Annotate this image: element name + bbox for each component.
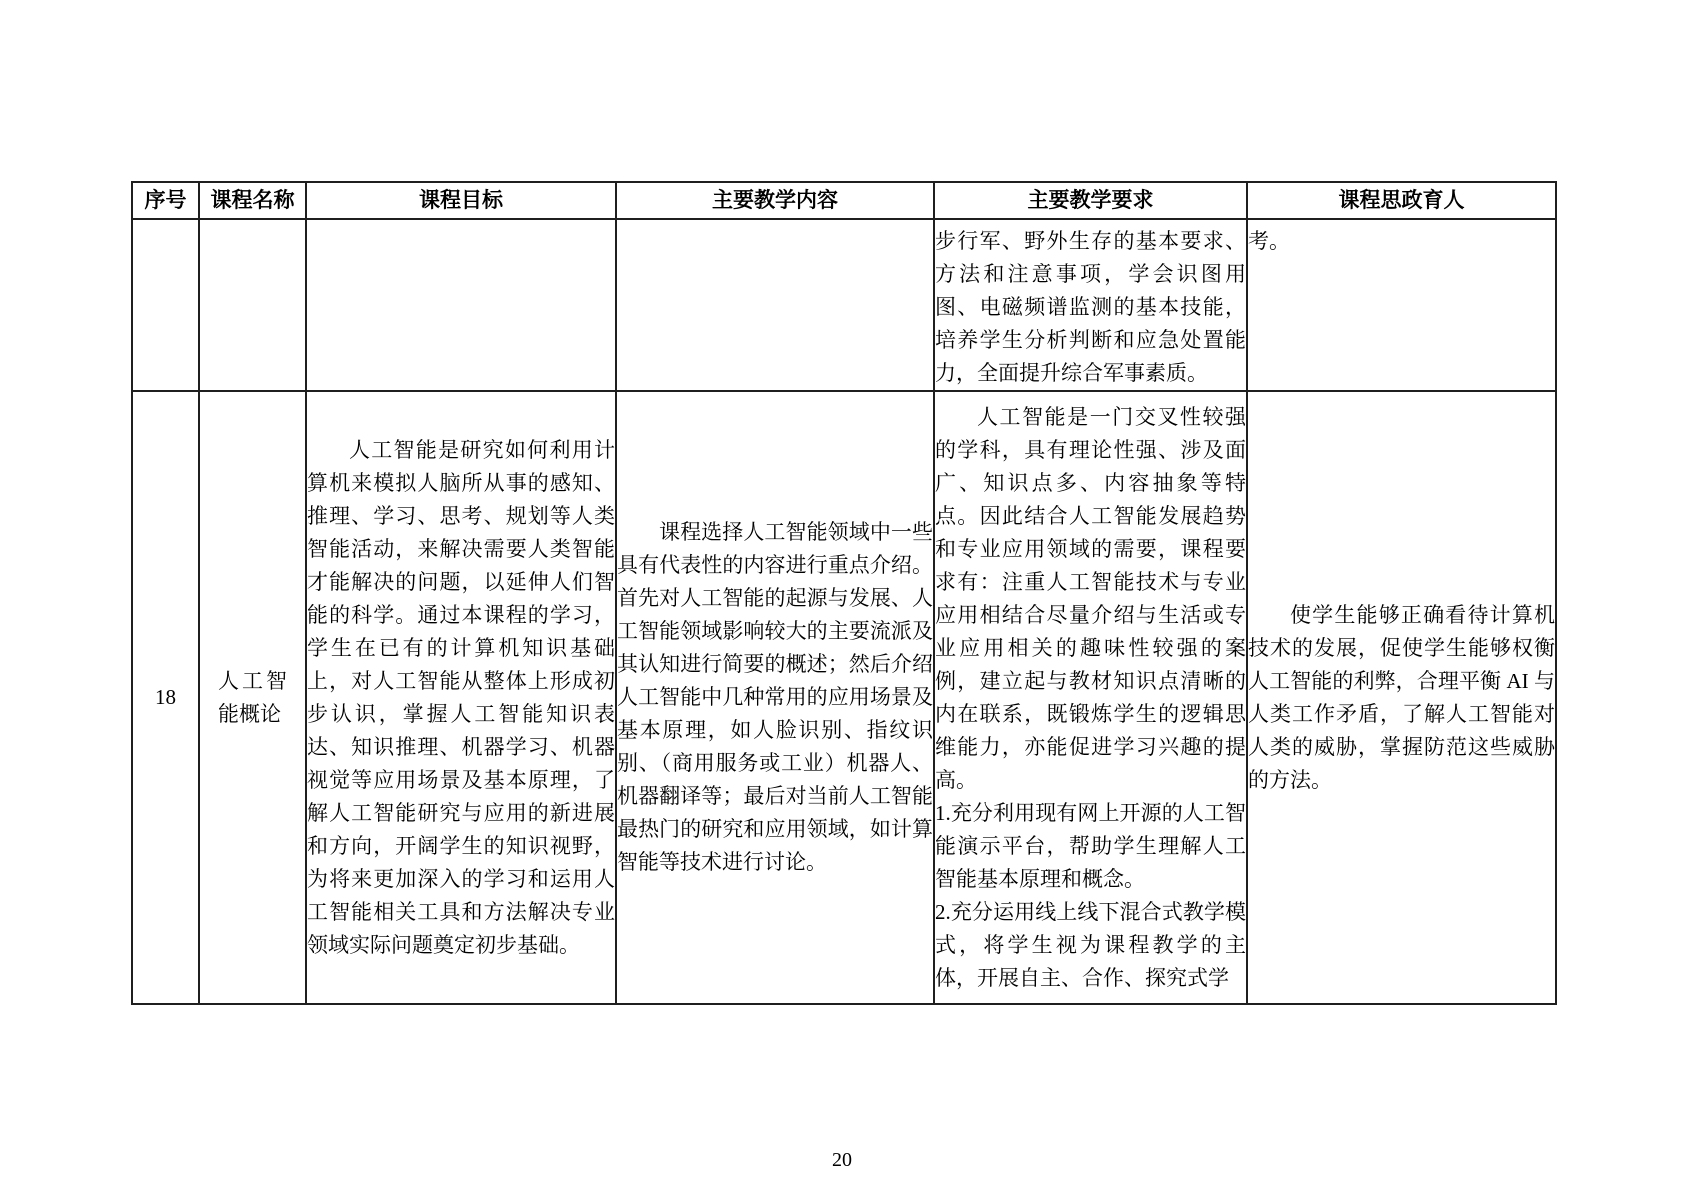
ideology-text: 使学生能够正确看待计算机技术的发展，促使学生能够权衡人工智能的利弊，合理平衡 A…	[1248, 599, 1555, 797]
cell-ideology: 考。	[1247, 219, 1556, 391]
table-row-continuation: 步行军、野外生存的基本要求、方法和注意事项，学会识图用图、电磁频谱监测的基本技能…	[132, 219, 1556, 391]
course-name-text: 人工智能概论	[200, 665, 305, 731]
col-header-teaching-requirements: 主要教学要求	[934, 182, 1247, 219]
cell-course-name	[199, 219, 306, 391]
cell-teaching-requirements: 步行军、野外生存的基本要求、方法和注意事项，学会识图用图、电磁频谱监测的基本技能…	[934, 219, 1247, 391]
page-number: 20	[0, 1148, 1684, 1172]
requirements-paragraph-3: 2.充分运用线上线下混合式教学模式，将学生视为课程教学的主体，开展自主、合作、探…	[935, 896, 1246, 995]
course-outline-table: 序号 课程名称 课程目标 主要教学内容 主要教学要求 课程思政育人 步行军、野外…	[131, 181, 1557, 1005]
cell-objective	[306, 219, 616, 391]
requirements-continuation-text: 步行军、野外生存的基本要求、方法和注意事项，学会识图用图、电磁频谱监测的基本技能…	[935, 225, 1246, 390]
col-header-course-name: 课程名称	[199, 182, 306, 219]
objective-text: 人工智能是研究如何利用计算机来模拟人脑所从事的感知、推理、学习、思考、规划等人类…	[307, 434, 615, 962]
table-row-course-18: 18 人工智能概论 人工智能是研究如何利用计算机来模拟人脑所从事的感知、推理、学…	[132, 391, 1556, 1004]
teaching-content-text: 课程选择人工智能领域中一些具有代表性的内容进行重点介绍。首先对人工智能的起源与发…	[617, 516, 933, 879]
requirements-paragraph-1: 人工智能是一门交叉性较强的学科，具有理论性强、涉及面广、知识点多、内容抽象等特点…	[935, 401, 1246, 797]
cell-seq: 18	[132, 391, 199, 1004]
table-header-row: 序号 课程名称 课程目标 主要教学内容 主要教学要求 课程思政育人	[132, 182, 1556, 219]
cell-course-name: 人工智能概论	[199, 391, 306, 1004]
cell-teaching-content	[616, 219, 934, 391]
ideology-continuation-text: 考。	[1248, 225, 1555, 258]
cell-teaching-requirements: 人工智能是一门交叉性较强的学科，具有理论性强、涉及面广、知识点多、内容抽象等特点…	[934, 391, 1247, 1004]
col-header-teaching-content: 主要教学内容	[616, 182, 934, 219]
cell-objective: 人工智能是研究如何利用计算机来模拟人脑所从事的感知、推理、学习、思考、规划等人类…	[306, 391, 616, 1004]
col-header-objective: 课程目标	[306, 182, 616, 219]
col-header-seq: 序号	[132, 182, 199, 219]
cell-ideology: 使学生能够正确看待计算机技术的发展，促使学生能够权衡人工智能的利弊，合理平衡 A…	[1247, 391, 1556, 1004]
requirements-paragraph-2: 1.充分利用现有网上开源的人工智能演示平台，帮助学生理解人工智能基本原理和概念。	[935, 797, 1246, 896]
col-header-ideology: 课程思政育人	[1247, 182, 1556, 219]
cell-seq	[132, 219, 199, 391]
cell-teaching-content: 课程选择人工智能领域中一些具有代表性的内容进行重点介绍。首先对人工智能的起源与发…	[616, 391, 934, 1004]
